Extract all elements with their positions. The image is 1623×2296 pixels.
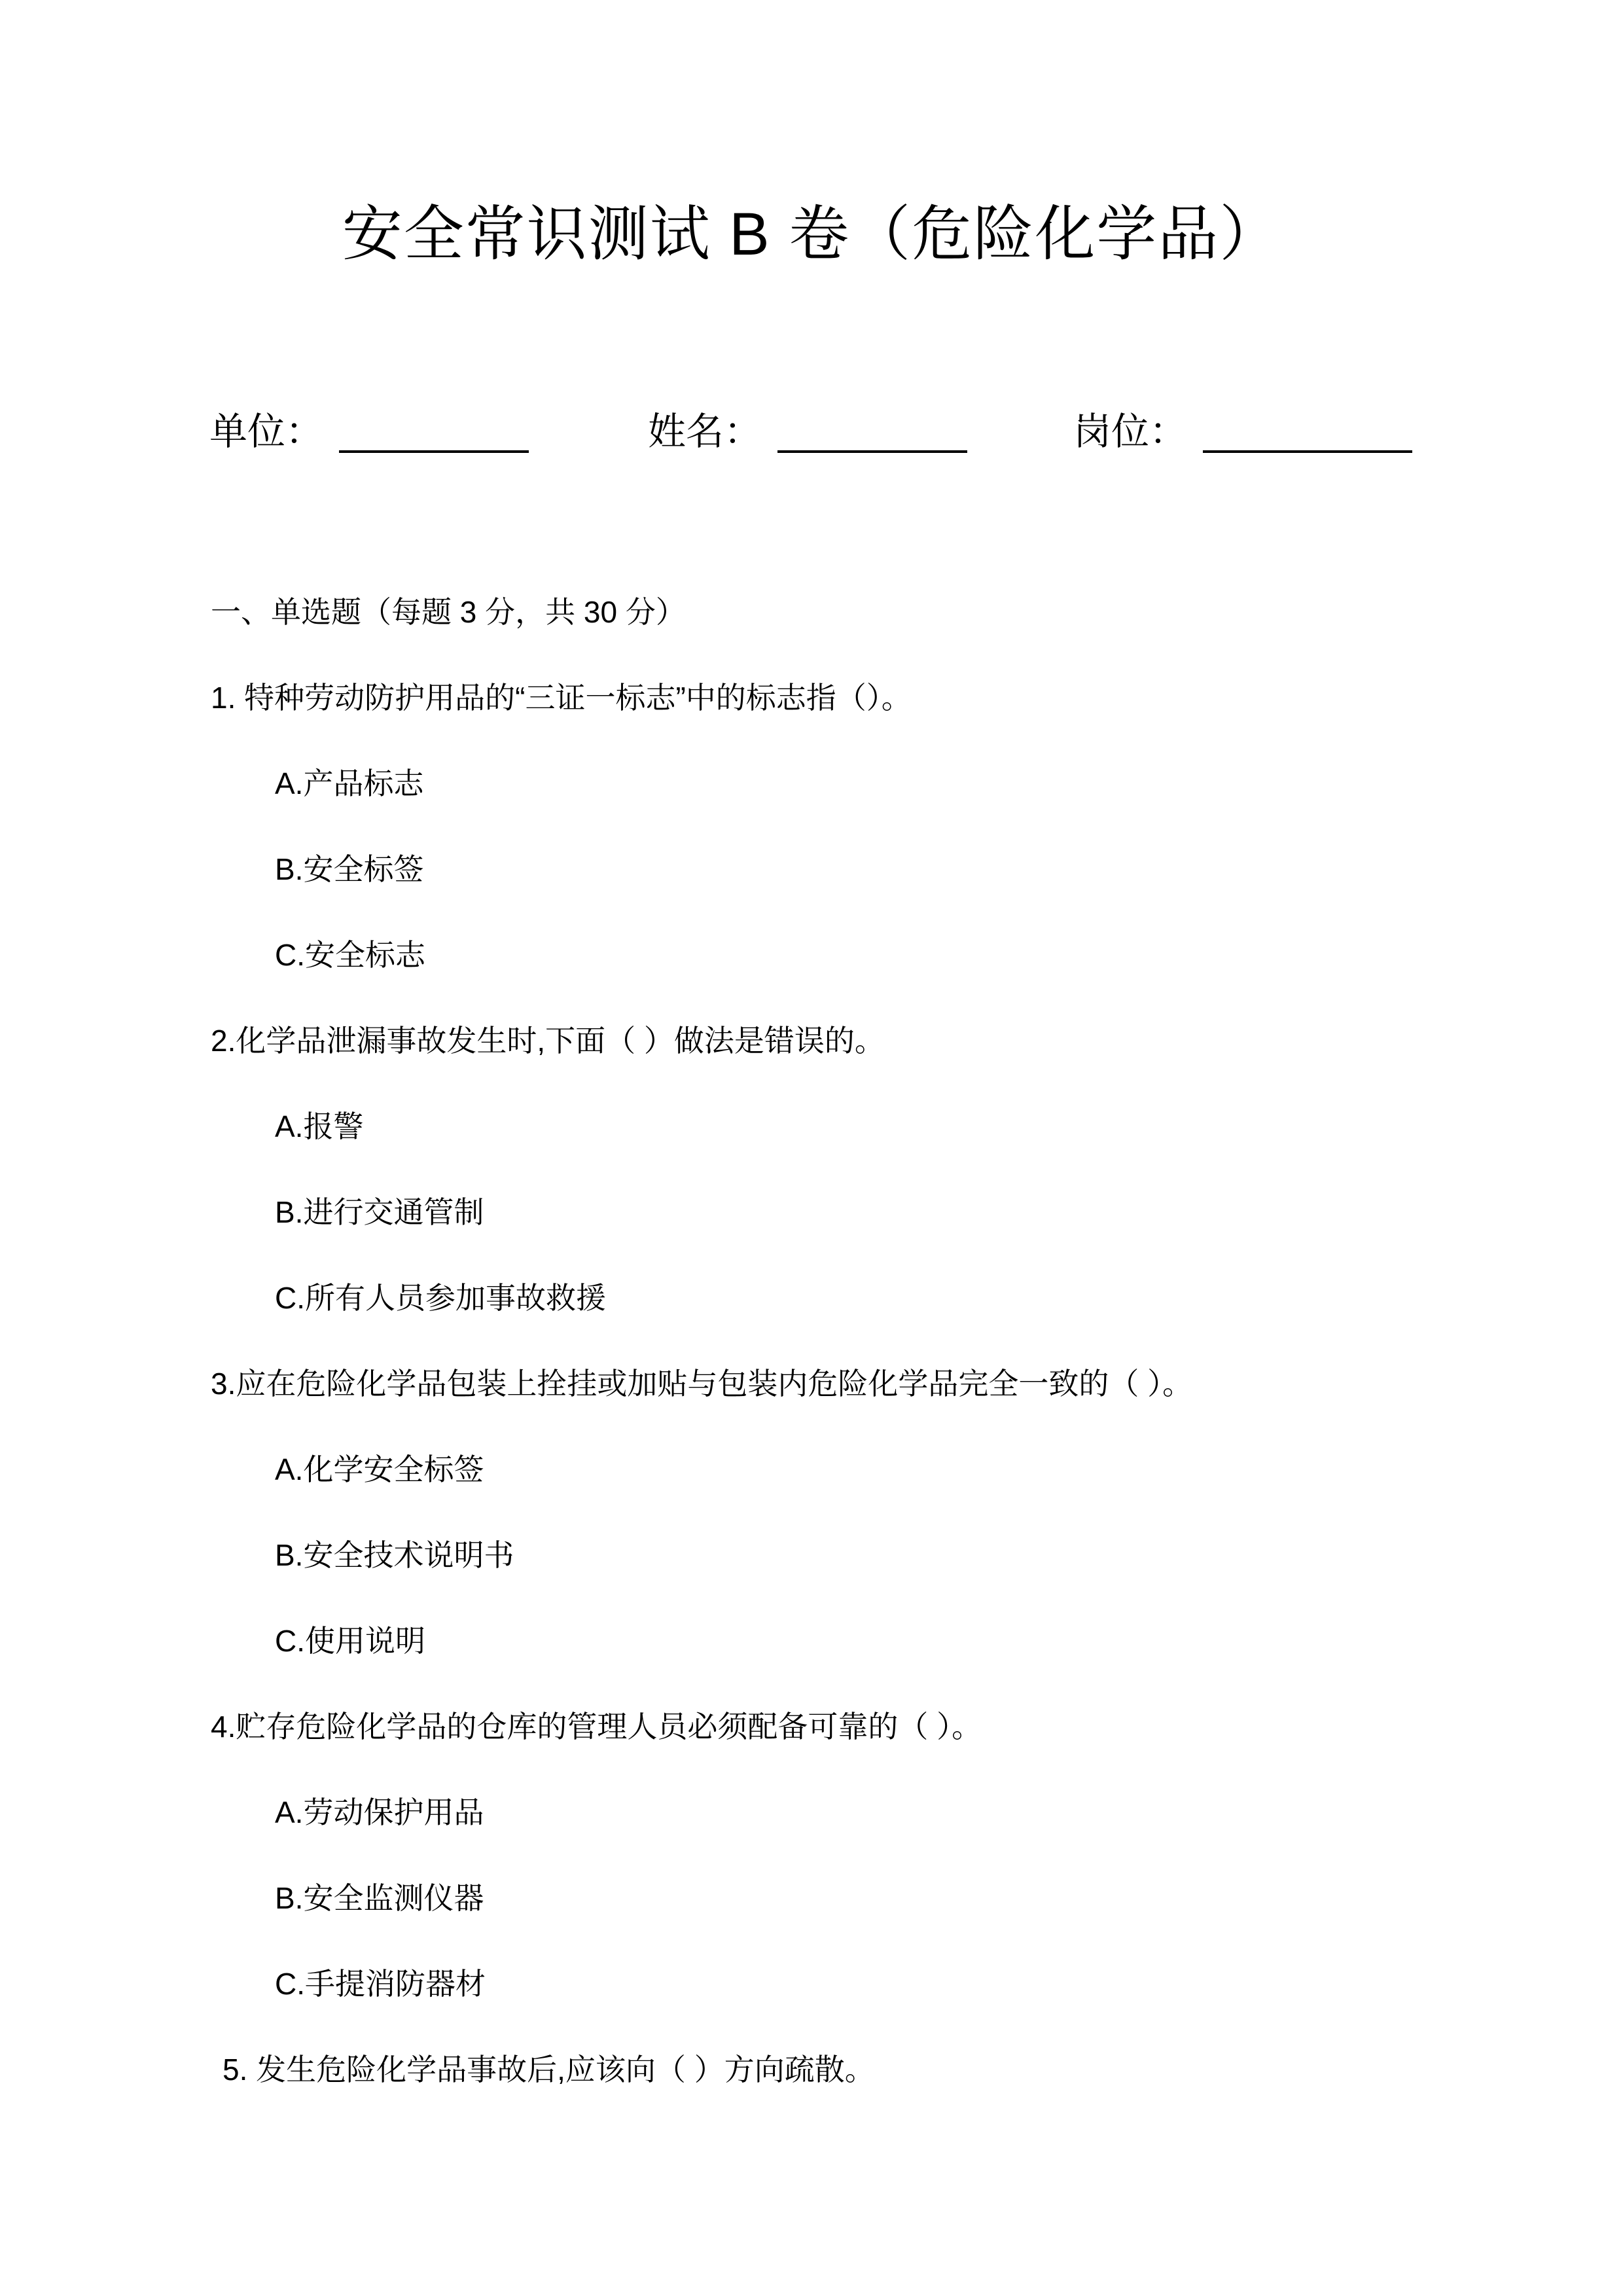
question-1-option-a[interactable]: A.产品标志 — [275, 762, 423, 804]
section-heading: 一、单选题（每题 3 分，共 30 分） — [211, 591, 686, 633]
question-1: 1. 特种劳动防护用品的“三证一标志”中的标志指（）。 — [211, 677, 912, 719]
question-4-option-a[interactable]: A.劳动保护用品 — [275, 1791, 484, 1833]
examinee-info-fields: 单位： 姓名： 岗位： — [209, 406, 1453, 465]
unit-blank-line[interactable] — [339, 411, 529, 453]
question-2: 2.化学品泄漏事故发生时,下面（ ）做法是错误的。 — [211, 1020, 885, 1062]
name-field[interactable]: 姓名： — [648, 406, 967, 458]
question-1-option-c[interactable]: C.安全标志 — [275, 934, 425, 976]
question-2-option-b[interactable]: B.进行交通管制 — [275, 1191, 484, 1233]
question-1-option-b[interactable]: B.安全标签 — [275, 848, 423, 890]
question-2-option-c[interactable]: C.所有人员参加事故救援 — [275, 1277, 606, 1319]
question-3-option-b[interactable]: B.安全技术说明书 — [275, 1534, 514, 1576]
question-4-option-b[interactable]: B.安全监测仪器 — [275, 1877, 484, 1919]
question-2-option-a[interactable]: A.报警 — [275, 1105, 363, 1147]
unit-field[interactable]: 单位： — [209, 406, 529, 458]
question-4-option-c[interactable]: C.手提消防器材 — [275, 1963, 486, 2005]
question-5: 5. 发生危险化学品事故后,应该向（ ）方向疏散。 — [223, 2049, 875, 2090]
question-3-option-c[interactable]: C.使用说明 — [275, 1620, 425, 1662]
exam-page: 安全常识测试 B 卷（危险化学品） 单位： 姓名： 岗位： 一、单选题（每题 3… — [0, 0, 1623, 2296]
page-title: 安全常识测试 B 卷（危险化学品） — [0, 195, 1623, 274]
position-field[interactable]: 岗位： — [1073, 406, 1412, 458]
position-blank-line[interactable] — [1203, 411, 1412, 453]
position-label: 岗位： — [1073, 406, 1187, 458]
unit-label: 单位： — [209, 406, 323, 458]
question-4: 4.贮存危险化学品的仓库的管理人员必须配备可靠的（ ）。 — [211, 1706, 982, 1748]
question-3: 3.应在危险化学品包装上拴挂或加贴与包装内危险化学品完全一致的（ ）。 — [211, 1363, 1192, 1405]
question-3-option-a[interactable]: A.化学安全标签 — [275, 1448, 484, 1490]
name-blank-line[interactable] — [777, 411, 967, 453]
name-label: 姓名： — [648, 406, 762, 458]
